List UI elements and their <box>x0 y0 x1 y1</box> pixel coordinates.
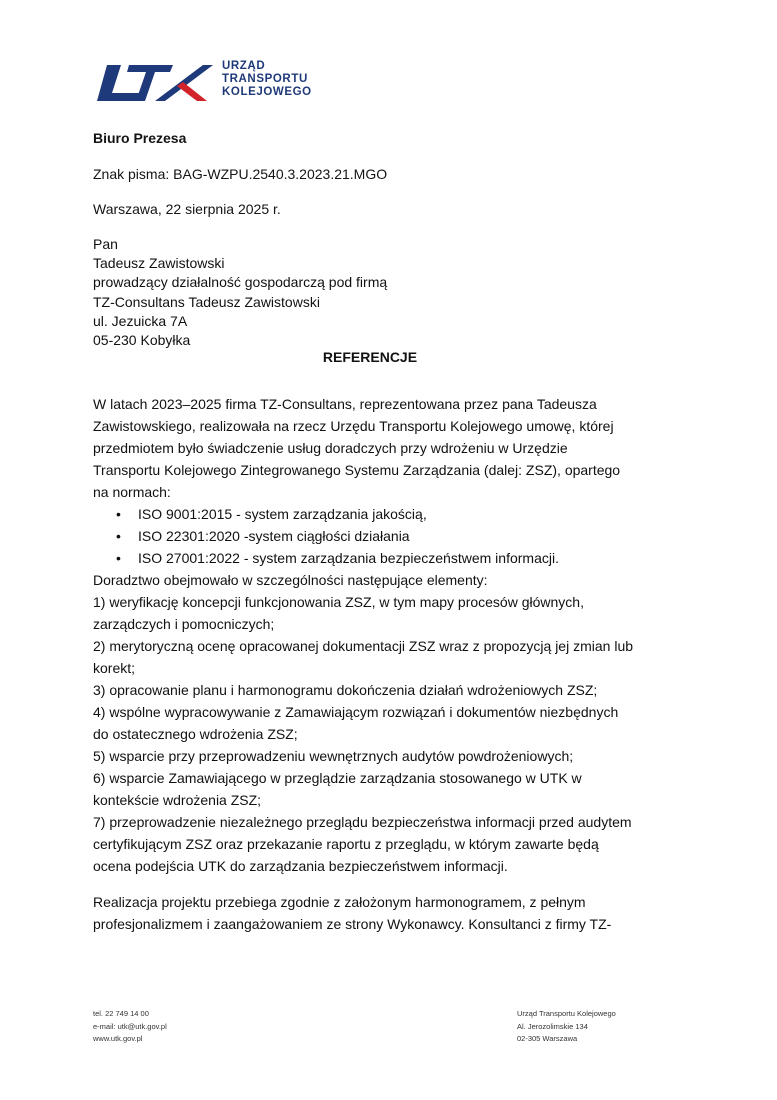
footer-city: 02-305 Warszawa <box>517 1033 616 1046</box>
standard-label: ISO 27001:2022 - system zarządzania bezp… <box>138 550 559 566</box>
date-line: Warszawa, 22 sierpnia 2025 r. <box>93 201 281 217</box>
intro-line: Transportu Kolejowego Zintegrowanego Sys… <box>93 459 663 481</box>
bullet-icon: • <box>116 547 121 569</box>
standard-label: ISO 22301:2020 -system ciągłości działan… <box>138 528 410 544</box>
scope-line: 3) opracowanie planu i harmonogramu doko… <box>93 679 663 701</box>
standards-list-item: • ISO 9001:2015 - system zarządzania jak… <box>93 503 663 525</box>
utk-logo-mark-icon <box>95 62 215 104</box>
recipient-name: Tadeusz Zawistowski <box>93 254 387 273</box>
footer-email[interactable]: e-mail: utk@utk.gov.pl <box>93 1021 167 1034</box>
scope-line: korekt; <box>93 657 663 679</box>
footer-street: Al. Jerozolimskie 134 <box>517 1021 616 1034</box>
recipient-company: TZ-Consultans Tadeusz Zawistowski <box>93 293 387 312</box>
scope-line: 7) przeprowadzenie niezależnego przegląd… <box>93 811 663 833</box>
scope-line: 5) wsparcie przy przeprowadzeniu wewnętr… <box>93 745 663 767</box>
footer-website[interactable]: www.utk.gov.pl <box>93 1033 167 1046</box>
footer-org-name: Urząd Transportu Kolejowego <box>517 1008 616 1021</box>
scope-line: kontekście wdrożenia ZSZ; <box>93 789 663 811</box>
scope-line: 4) wspólne wypracowywanie z Zamawiającym… <box>93 701 663 723</box>
logo-line-1: URZĄD <box>222 60 312 73</box>
scope-line: zarządczych i pomocniczych; <box>93 613 663 635</box>
closing-paragraph: Realizacja projektu przebiega zgodnie z … <box>93 891 611 935</box>
intro-line: przedmiotem było świadczenie usług dorad… <box>93 437 663 459</box>
standard-label: ISO 9001:2015 - system zarządzania jakoś… <box>138 506 427 522</box>
scope-line: 2) merytoryczną ocenę opracowanej dokume… <box>93 635 663 657</box>
logo-line-2: TRANSPORTU <box>222 73 312 86</box>
intro-line: Zawistowskiego, realizowała na rzecz Urz… <box>93 415 663 437</box>
scope-line: ocena podejścia UTK do zarządzania bezpi… <box>93 855 663 877</box>
footer-phone: tel. 22 749 14 00 <box>93 1008 167 1021</box>
scope-line: certyfikującym ZSZ oraz przekazanie rapo… <box>93 833 663 855</box>
intro-line: na normach: <box>93 481 663 503</box>
standards-list-item: • ISO 27001:2022 - system zarządzania be… <box>93 547 663 569</box>
recipient-description: prowadzący działalność gospodarczą pod f… <box>93 273 387 292</box>
bullet-icon: • <box>116 503 121 525</box>
scope-line: do ostatecznego wdrożenia ZSZ; <box>93 723 663 745</box>
recipient-salutation: Pan <box>93 235 387 254</box>
logo-line-3: KOLEJOWEGO <box>222 86 312 99</box>
body-text: W latach 2023–2025 firma TZ-Consultans, … <box>93 393 663 877</box>
closing-line: profesjonalizmem i zaangażowaniem ze str… <box>93 913 611 935</box>
scope-line: 6) wsparcie Zamawiającego w przeglądzie … <box>93 767 663 789</box>
recipient-street: ul. Jezuicka 7A <box>93 312 387 331</box>
reference-number: Znak pisma: BAG-WZPU.2540.3.2023.21.MGO <box>93 166 387 182</box>
utk-logo: URZĄD TRANSPORTU KOLEJOWEGO <box>95 60 325 106</box>
footer-address: Urząd Transportu Kolejowego Al. Jerozoli… <box>517 1008 616 1046</box>
document-title: REFERENCJE <box>0 349 740 365</box>
scope-line: Doradztwo obejmowało w szczególności nas… <box>93 569 663 591</box>
bullet-icon: • <box>116 525 121 547</box>
footer-contact: tel. 22 749 14 00 e-mail: utk@utk.gov.pl… <box>93 1008 167 1046</box>
recipient-city: 05-230 Kobyłka <box>93 331 387 350</box>
closing-line: Realizacja projektu przebiega zgodnie z … <box>93 891 611 913</box>
logo-text: URZĄD TRANSPORTU KOLEJOWEGO <box>222 60 312 99</box>
intro-line: W latach 2023–2025 firma TZ-Consultans, … <box>93 393 663 415</box>
scope-line: 1) weryfikację koncepcji funkcjonowania … <box>93 591 663 613</box>
standards-list-item: • ISO 22301:2020 -system ciągłości dział… <box>93 525 663 547</box>
recipient-address: Pan Tadeusz Zawistowski prowadzący dział… <box>93 235 387 350</box>
office-name: Biuro Prezesa <box>93 130 186 146</box>
